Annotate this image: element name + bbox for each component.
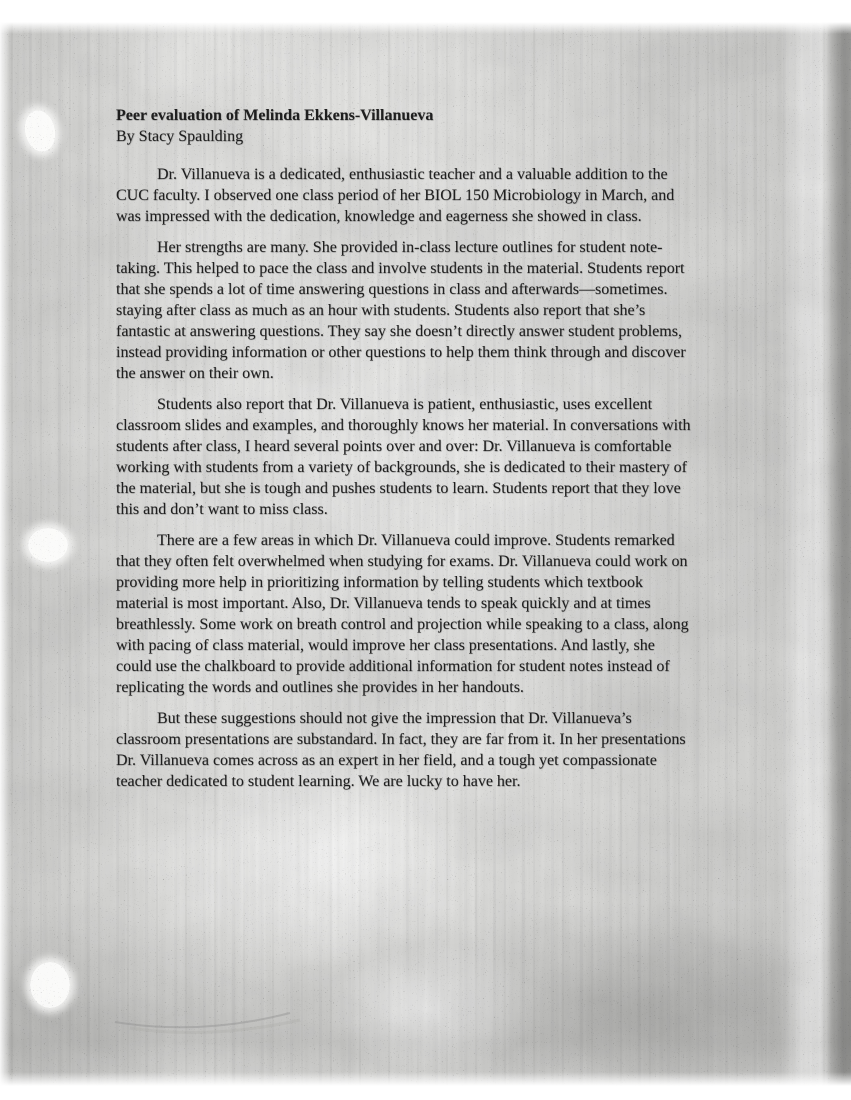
paragraph: Her strengths are many. She provided in-…: [116, 237, 816, 384]
paragraph: Students also report that Dr. Villanueva…: [116, 394, 816, 520]
document-title: Peer evaluation of Melinda Ekkens-Villan…: [116, 105, 816, 126]
paragraph: There are a few areas in which Dr. Villa…: [116, 530, 816, 698]
document-content: Peer evaluation of Melinda Ekkens-Villan…: [116, 105, 816, 802]
document-paragraphs: Dr. Villanueva is a dedicated, enthusias…: [116, 164, 816, 792]
hole-punch-middle: [28, 528, 68, 562]
paragraph: But these suggestions should not give th…: [116, 708, 816, 792]
hole-punch-bottom: [30, 962, 70, 1008]
scanned-page: Peer evaluation of Melinda Ekkens-Villan…: [0, 0, 851, 1100]
paragraph: Dr. Villanueva is a dedicated, enthusias…: [116, 164, 816, 227]
document-byline: By Stacy Spaulding: [116, 126, 816, 147]
